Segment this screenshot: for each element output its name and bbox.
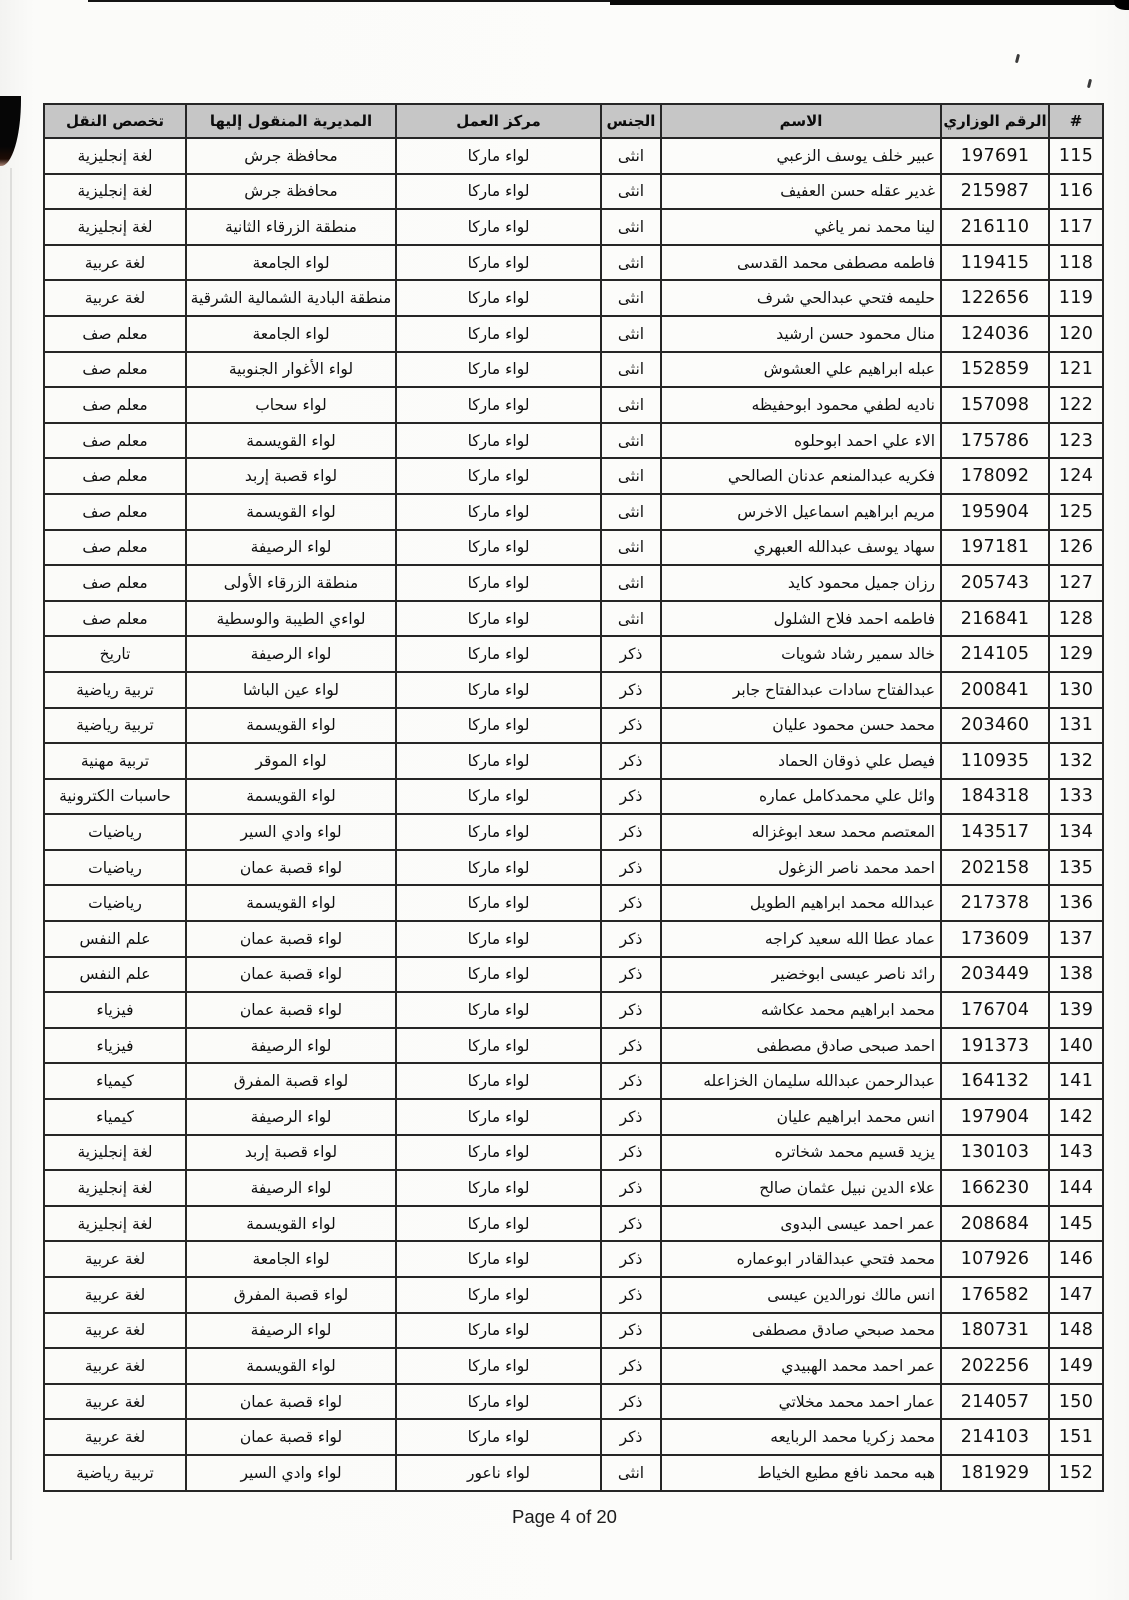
cell-ministry_no: 214105 [941,636,1049,672]
cell-specialization: فيزياء [44,992,186,1028]
cell-directorate: منطقة الزرقاء الثانية [186,209,396,245]
cell-work_center: لواء ماركا [396,458,601,494]
cell-directorate: لواء قصبة عمان [186,992,396,1028]
cell-gender: انثى [601,174,661,210]
cell-directorate: لواء الجامعة [186,245,396,281]
cell-specialization: لغة عربية [44,1384,186,1420]
scanned-document-page: #الرقم الوزاريالاسمالجنسمركز العملالمدير… [0,0,1129,1600]
cell-specialization: كيمياء [44,1099,186,1135]
table-row: 144166230علاء الدين نبيل عثمان صالحذكرلو… [44,1170,1103,1206]
cell-gender: ذكر [601,1419,661,1455]
cell-directorate: محافظة جرش [186,138,396,174]
cell-num: 144 [1049,1170,1103,1206]
table-row: 149202256عمر احمد محمد الهبيديذكرلواء ما… [44,1348,1103,1384]
cell-name: محمد فتحي عبدالقادر ابوعماره [661,1241,941,1277]
cell-num: 121 [1049,352,1103,388]
table-row: 141164132عبدالرحمن عبدالله سليمان الخزاع… [44,1063,1103,1099]
cell-directorate: لواء قصبة المفرق [186,1063,396,1099]
cell-ministry_no: 130103 [941,1135,1049,1171]
cell-ministry_no: 124036 [941,316,1049,352]
cell-name: يزيد قسيم محمد شخاتره [661,1135,941,1171]
cell-work_center: لواء ماركا [396,743,601,779]
cell-work_center: لواء ماركا [396,1206,601,1242]
cell-specialization: معلم صف [44,601,186,637]
cell-num: 133 [1049,779,1103,815]
cell-work_center: لواء ماركا [396,352,601,388]
cell-gender: ذكر [601,1170,661,1206]
cell-name: انس محمد ابراهيم عليان [661,1099,941,1135]
cell-name: احمد صبحى صادق مصطفى [661,1028,941,1064]
cell-directorate: لواء قصبة عمان [186,850,396,886]
cell-directorate: لواء قصبة عمان [186,957,396,993]
cell-num: 128 [1049,601,1103,637]
cell-ministry_no: 197691 [941,138,1049,174]
cell-specialization: معلم صف [44,458,186,494]
cell-specialization: معلم صف [44,352,186,388]
cell-gender: ذكر [601,992,661,1028]
cell-specialization: علم النفس [44,957,186,993]
table-row: 124178092فكريه عبدالمنعم عدنان الصالحيان… [44,458,1103,494]
cell-directorate: لواء الرصيفة [186,636,396,672]
column-header-gender: الجنس [601,104,661,138]
cell-name: عبدالفتاح سادات عبدالفتاح جابر [661,672,941,708]
cell-work_center: لواء ماركا [396,1241,601,1277]
cell-name: احمد محمد ناصر الزغول [661,850,941,886]
cell-directorate: لواء الجامعة [186,1241,396,1277]
cell-directorate: لواء القويسمة [186,779,396,815]
cell-name: الاء علي احمد ابوحلوه [661,423,941,459]
cell-directorate: لواء القويسمة [186,1206,396,1242]
cell-specialization: تربية رياضية [44,672,186,708]
cell-name: فيصل علي ذوقان الحماد [661,743,941,779]
cell-num: 148 [1049,1313,1103,1349]
cell-specialization: رياضيات [44,850,186,886]
cell-name: هبه محمد نافع مطيع الخياط [661,1455,941,1491]
cell-gender: ذكر [601,1206,661,1242]
cell-work_center: لواء ماركا [396,885,601,921]
cell-gender: ذكر [601,921,661,957]
cell-ministry_no: 152859 [941,352,1049,388]
cell-work_center: لواء ماركا [396,779,601,815]
cell-ministry_no: 119415 [941,245,1049,281]
table-row: 123175786الاء علي احمد ابوحلوهانثىلواء م… [44,423,1103,459]
cell-name: محمد صبحي صادق مصطفى [661,1313,941,1349]
cell-directorate: لواء الرصيفة [186,1099,396,1135]
cell-specialization: فيزياء [44,1028,186,1064]
cell-gender: ذكر [601,1348,661,1384]
cell-specialization: معلم صف [44,423,186,459]
cell-directorate: لواء قصبة إربد [186,458,396,494]
cell-specialization: علم النفس [44,921,186,957]
cell-num: 137 [1049,921,1103,957]
cell-specialization: لغة إنجليزية [44,174,186,210]
cell-gender: انثى [601,387,661,423]
cell-ministry_no: 164132 [941,1063,1049,1099]
cell-num: 151 [1049,1419,1103,1455]
cell-ministry_no: 214057 [941,1384,1049,1420]
cell-gender: انثى [601,209,661,245]
cell-work_center: لواء ماركا [396,1170,601,1206]
cell-work_center: لواء ماركا [396,1063,601,1099]
cell-ministry_no: 157098 [941,387,1049,423]
cell-name: محمد ابراهيم محمد عكاشه [661,992,941,1028]
cell-name: فاطمه احمد فلاح الشلول [661,601,941,637]
cell-name: فكريه عبدالمنعم عدنان الصالحي [661,458,941,494]
cell-num: 123 [1049,423,1103,459]
table-row: 147176582انس مالك نورالدين عيسىذكرلواء م… [44,1277,1103,1313]
cell-directorate: لواء القويسمة [186,494,396,530]
cell-specialization: لغة إنجليزية [44,1135,186,1171]
table-row: 146107926محمد فتحي عبدالقادر ابوعمارهذكر… [44,1241,1103,1277]
cell-specialization: لغة إنجليزية [44,138,186,174]
cell-num: 118 [1049,245,1103,281]
cell-ministry_no: 176582 [941,1277,1049,1313]
cell-specialization: كيمياء [44,1063,186,1099]
cell-gender: ذكر [601,885,661,921]
cell-directorate: لواء الرصيفة [186,1170,396,1206]
cell-name: علاء الدين نبيل عثمان صالح [661,1170,941,1206]
cell-ministry_no: 216841 [941,601,1049,637]
cell-num: 127 [1049,565,1103,601]
cell-work_center: لواء ماركا [396,1099,601,1135]
cell-name: انس مالك نورالدين عيسى [661,1277,941,1313]
cell-num: 116 [1049,174,1103,210]
table-row: 128216841فاطمه احمد فلاح الشلولانثىلواء … [44,601,1103,637]
cell-ministry_no: 197181 [941,530,1049,566]
cell-gender: انثى [601,423,661,459]
cell-work_center: لواء ماركا [396,708,601,744]
cell-gender: ذكر [601,1099,661,1135]
cell-directorate: منطقة الزرقاء الأولى [186,565,396,601]
cell-directorate: لواء قصبة عمان [186,921,396,957]
cell-specialization: لغة عربية [44,1277,186,1313]
cell-work_center: لواء ماركا [396,636,601,672]
cell-work_center: لواء ماركا [396,1419,601,1455]
cell-num: 146 [1049,1241,1103,1277]
cell-directorate: لواء سحاب [186,387,396,423]
cell-name: عمر احمد عيسى البدوى [661,1206,941,1242]
cell-name: محمد حسن محمود عليان [661,708,941,744]
cell-gender: انثى [601,458,661,494]
column-header-name: الاسم [661,104,941,138]
cell-work_center: لواء ماركا [396,850,601,886]
cell-gender: ذكر [601,1063,661,1099]
cell-work_center: لواء ماركا [396,1277,601,1313]
table-row: 119122656حليمه فتحي عبدالحي شرفانثىلواء … [44,280,1103,316]
cell-num: 126 [1049,530,1103,566]
table-row: 150214057عمار احمد محمد مخلاتيذكرلواء ما… [44,1384,1103,1420]
cell-specialization: لغة عربية [44,280,186,316]
cell-ministry_no: 191373 [941,1028,1049,1064]
column-header-specialization: تخصص النقل [44,104,186,138]
cell-specialization: تاريخ [44,636,186,672]
cell-name: وائل علي محمدكامل عماره [661,779,941,815]
table-row: 121152859عبله ابراهيم علي العشوشانثىلواء… [44,352,1103,388]
cell-work_center: لواء ماركا [396,957,601,993]
cell-specialization: معلم صف [44,494,186,530]
cell-gender: ذكر [601,636,661,672]
cell-specialization: رياضيات [44,814,186,850]
cell-num: 129 [1049,636,1103,672]
cell-work_center: لواء ماركا [396,921,601,957]
table-head: #الرقم الوزاريالاسمالجنسمركز العملالمدير… [44,104,1103,138]
table-row: 136217378عبدالله محمد ابراهيم الطويلذكرل… [44,885,1103,921]
cell-ministry_no: 216110 [941,209,1049,245]
ink-speck [1087,79,1092,88]
cell-ministry_no: 203460 [941,708,1049,744]
cell-name: عبدالله محمد ابراهيم الطويل [661,885,941,921]
table-row: 139176704محمد ابراهيم محمد عكاشهذكرلواء … [44,992,1103,1028]
table-row: 152181929هبه محمد نافع مطيع الخياطانثىلو… [44,1455,1103,1491]
ink-speck [1015,54,1020,63]
cell-specialization: معلم صف [44,387,186,423]
cell-work_center: لواء ماركا [396,1348,601,1384]
cell-work_center: لواء ناعور [396,1455,601,1491]
cell-directorate: لواء وادي السير [186,1455,396,1491]
cell-gender: انثى [601,245,661,281]
cell-ministry_no: 217378 [941,885,1049,921]
cell-work_center: لواء ماركا [396,316,601,352]
table-row: 122157098ناديه لطفي محمود ابوحفيظهانثىلو… [44,387,1103,423]
cell-name: سهاد يوسف عبدالله العبهري [661,530,941,566]
cell-name: حليمه فتحي عبدالحي شرف [661,280,941,316]
cell-gender: انثى [601,138,661,174]
cell-name: عمار احمد محمد مخلاتي [661,1384,941,1420]
cell-name: عبدالرحمن عبدالله سليمان الخزاعله [661,1063,941,1099]
cell-work_center: لواء ماركا [396,209,601,245]
table-row: 133184318وائل علي محمدكامل عمارهذكرلواء … [44,779,1103,815]
cell-directorate: لواء الأغوار الجنوبية [186,352,396,388]
cell-num: 152 [1049,1455,1103,1491]
cell-work_center: لواء ماركا [396,387,601,423]
cell-num: 138 [1049,957,1103,993]
cell-directorate: لواء عين الباشا [186,672,396,708]
page-number-footer: Page 4 of 20 [0,1506,1129,1528]
cell-specialization: تربية مهنية [44,743,186,779]
cell-specialization: معلم صف [44,565,186,601]
cell-gender: ذكر [601,1028,661,1064]
cell-directorate: لواء قصبة عمان [186,1419,396,1455]
table-row: 137173609عماد عطا الله سعيد كراجهذكرلواء… [44,921,1103,957]
table-row: 115197691عبير خلف يوسف الزعبيانثىلواء ما… [44,138,1103,174]
cell-name: عبير خلف يوسف الزعبي [661,138,941,174]
cell-name: عبله ابراهيم علي العشوش [661,352,941,388]
cell-work_center: لواء ماركا [396,280,601,316]
cell-name: مريم ابراهيم اسماعيل الاخرس [661,494,941,530]
cell-ministry_no: 110935 [941,743,1049,779]
cell-directorate: لواء وادي السير [186,814,396,850]
cell-name: فاطمه مصطفى محمد القدسى [661,245,941,281]
column-header-ministry_no: الرقم الوزاري [941,104,1049,138]
cell-specialization: لغة عربية [44,1313,186,1349]
column-header-directorate: المديرية المنقول إليها [186,104,396,138]
cell-ministry_no: 166230 [941,1170,1049,1206]
scan-edge-line-thick [610,0,1129,5]
cell-num: 143 [1049,1135,1103,1171]
cell-name: لينا محمد نمر ياغي [661,209,941,245]
table-row: 116215987غدير عقله حسن العفيفانثىلواء ما… [44,174,1103,210]
cell-directorate: محافظة جرش [186,174,396,210]
cell-ministry_no: 200841 [941,672,1049,708]
cell-specialization: لغة إنجليزية [44,1206,186,1242]
cell-num: 124 [1049,458,1103,494]
cell-num: 125 [1049,494,1103,530]
cell-specialization: معلم صف [44,530,186,566]
scan-corner-mark [1114,0,1129,10]
cell-num: 149 [1049,1348,1103,1384]
cell-name: رائد ناصر عيسى ابوخضير [661,957,941,993]
cell-directorate: منطقة البادية الشمالية الشرقية [186,280,396,316]
cell-work_center: لواء ماركا [396,1135,601,1171]
cell-specialization: لغة إنجليزية [44,209,186,245]
cell-name: خالد سمير رشاد شويات [661,636,941,672]
cell-specialization: رياضيات [44,885,186,921]
cell-ministry_no: 215987 [941,174,1049,210]
table-row: 143130103يزيد قسيم محمد شخاترهذكرلواء ما… [44,1135,1103,1171]
cell-directorate: لواء القويسمة [186,423,396,459]
cell-num: 136 [1049,885,1103,921]
cell-num: 120 [1049,316,1103,352]
cell-ministry_no: 173609 [941,921,1049,957]
cell-ministry_no: 214103 [941,1419,1049,1455]
table-row: 132110935فيصل علي ذوقان الحمادذكرلواء ما… [44,743,1103,779]
cell-num: 135 [1049,850,1103,886]
cell-name: محمد زكريا محمد الربايعه [661,1419,941,1455]
cell-gender: ذكر [601,708,661,744]
cell-num: 140 [1049,1028,1103,1064]
cell-work_center: لواء ماركا [396,174,601,210]
cell-ministry_no: 107926 [941,1241,1049,1277]
cell-specialization: لغة عربية [44,1348,186,1384]
cell-work_center: لواء ماركا [396,530,601,566]
cell-name: المعتصم محمد سعد ابوغزاله [661,814,941,850]
cell-num: 115 [1049,138,1103,174]
table-header-row: #الرقم الوزاريالاسمالجنسمركز العملالمدير… [44,104,1103,138]
table-row: 117216110لينا محمد نمر ياغيانثىلواء مارك… [44,209,1103,245]
cell-name: ناديه لطفي محمود ابوحفيظه [661,387,941,423]
table-row: 125195904مريم ابراهيم اسماعيل الاخرسانثى… [44,494,1103,530]
cell-gender: ذكر [601,779,661,815]
cell-num: 150 [1049,1384,1103,1420]
cell-ministry_no: 195904 [941,494,1049,530]
cell-specialization: لغة إنجليزية [44,1170,186,1206]
cell-name: عماد عطا الله سعيد كراجه [661,921,941,957]
cell-work_center: لواء ماركا [396,1028,601,1064]
cell-ministry_no: 181929 [941,1455,1049,1491]
cell-gender: انثى [601,530,661,566]
cell-ministry_no: 143517 [941,814,1049,850]
cell-specialization: معلم صف [44,316,186,352]
cell-gender: انثى [601,280,661,316]
table-row: 140191373احمد صبحى صادق مصطفىذكرلواء مار… [44,1028,1103,1064]
table-row: 127205743رزان جميل محمود كايدانثىلواء ما… [44,565,1103,601]
cell-num: 122 [1049,387,1103,423]
cell-num: 134 [1049,814,1103,850]
cell-work_center: لواء ماركا [396,601,601,637]
cell-ministry_no: 122656 [941,280,1049,316]
cell-ministry_no: 202158 [941,850,1049,886]
cell-name: عمر احمد محمد الهبيدي [661,1348,941,1384]
cell-ministry_no: 203449 [941,957,1049,993]
table-row: 151214103محمد زكريا محمد الربايعهذكرلواء… [44,1419,1103,1455]
cell-num: 130 [1049,672,1103,708]
cell-specialization: تربية رياضية [44,1455,186,1491]
cell-directorate: لواء الرصيفة [186,530,396,566]
cell-directorate: لواء القويسمة [186,1348,396,1384]
cell-gender: ذكر [601,957,661,993]
cell-ministry_no: 197904 [941,1099,1049,1135]
table-row: 120124036منال محمود حسن ارشيدانثىلواء ما… [44,316,1103,352]
cell-ministry_no: 175786 [941,423,1049,459]
cell-num: 119 [1049,280,1103,316]
table-row: 126197181سهاد يوسف عبدالله العبهريانثىلو… [44,530,1103,566]
cell-gender: ذكر [601,1313,661,1349]
cell-directorate: لواء الرصيفة [186,1313,396,1349]
cell-gender: ذكر [601,672,661,708]
cell-directorate: لواء قصبة المفرق [186,1277,396,1313]
cell-directorate: لواء الموقر [186,743,396,779]
cell-gender: انثى [601,352,661,388]
cell-gender: ذكر [601,850,661,886]
cell-name: رزان جميل محمود كايد [661,565,941,601]
cell-gender: ذكر [601,1135,661,1171]
table-row: 129214105خالد سمير رشاد شوياتذكرلواء مار… [44,636,1103,672]
cell-ministry_no: 205743 [941,565,1049,601]
scan-fold-line [10,168,12,1560]
cell-gender: انثى [601,1455,661,1491]
cell-directorate: لواء قصبة إربد [186,1135,396,1171]
cell-work_center: لواء ماركا [396,494,601,530]
cell-gender: ذكر [601,1384,661,1420]
cell-gender: انثى [601,494,661,530]
cell-num: 147 [1049,1277,1103,1313]
cell-work_center: لواء ماركا [396,565,601,601]
cell-specialization: حاسبات الكترونية [44,779,186,815]
cell-ministry_no: 178092 [941,458,1049,494]
cell-work_center: لواء ماركا [396,138,601,174]
cell-name: غدير عقله حسن العفيف [661,174,941,210]
cell-num: 145 [1049,1206,1103,1242]
column-header-work_center: مركز العمل [396,104,601,138]
cell-ministry_no: 176704 [941,992,1049,1028]
cell-gender: انثى [601,601,661,637]
cell-work_center: لواء ماركا [396,423,601,459]
cell-ministry_no: 202256 [941,1348,1049,1384]
column-header-num: # [1049,104,1103,138]
cell-gender: ذكر [601,1277,661,1313]
cell-work_center: لواء ماركا [396,245,601,281]
cell-num: 117 [1049,209,1103,245]
cell-name: منال محمود حسن ارشيد [661,316,941,352]
table-row: 135202158احمد محمد ناصر الزغولذكرلواء ما… [44,850,1103,886]
cell-work_center: لواء ماركا [396,672,601,708]
cell-specialization: لغة عربية [44,245,186,281]
cell-gender: انثى [601,316,661,352]
cell-directorate: لواء الرصيفة [186,1028,396,1064]
table-row: 145208684عمر احمد عيسى البدوىذكرلواء مار… [44,1206,1103,1242]
table-row: 148180731محمد صبحي صادق مصطفىذكرلواء مار… [44,1313,1103,1349]
cell-ministry_no: 180731 [941,1313,1049,1349]
cell-ministry_no: 184318 [941,779,1049,815]
cell-work_center: لواء ماركا [396,814,601,850]
cell-gender: ذكر [601,1241,661,1277]
table-body: 115197691عبير خلف يوسف الزعبيانثىلواء ما… [44,138,1103,1491]
cell-directorate: لواء الجامعة [186,316,396,352]
cell-gender: ذكر [601,814,661,850]
cell-gender: ذكر [601,743,661,779]
table-row: 138203449رائد ناصر عيسى ابوخضيرذكرلواء م… [44,957,1103,993]
cell-num: 141 [1049,1063,1103,1099]
